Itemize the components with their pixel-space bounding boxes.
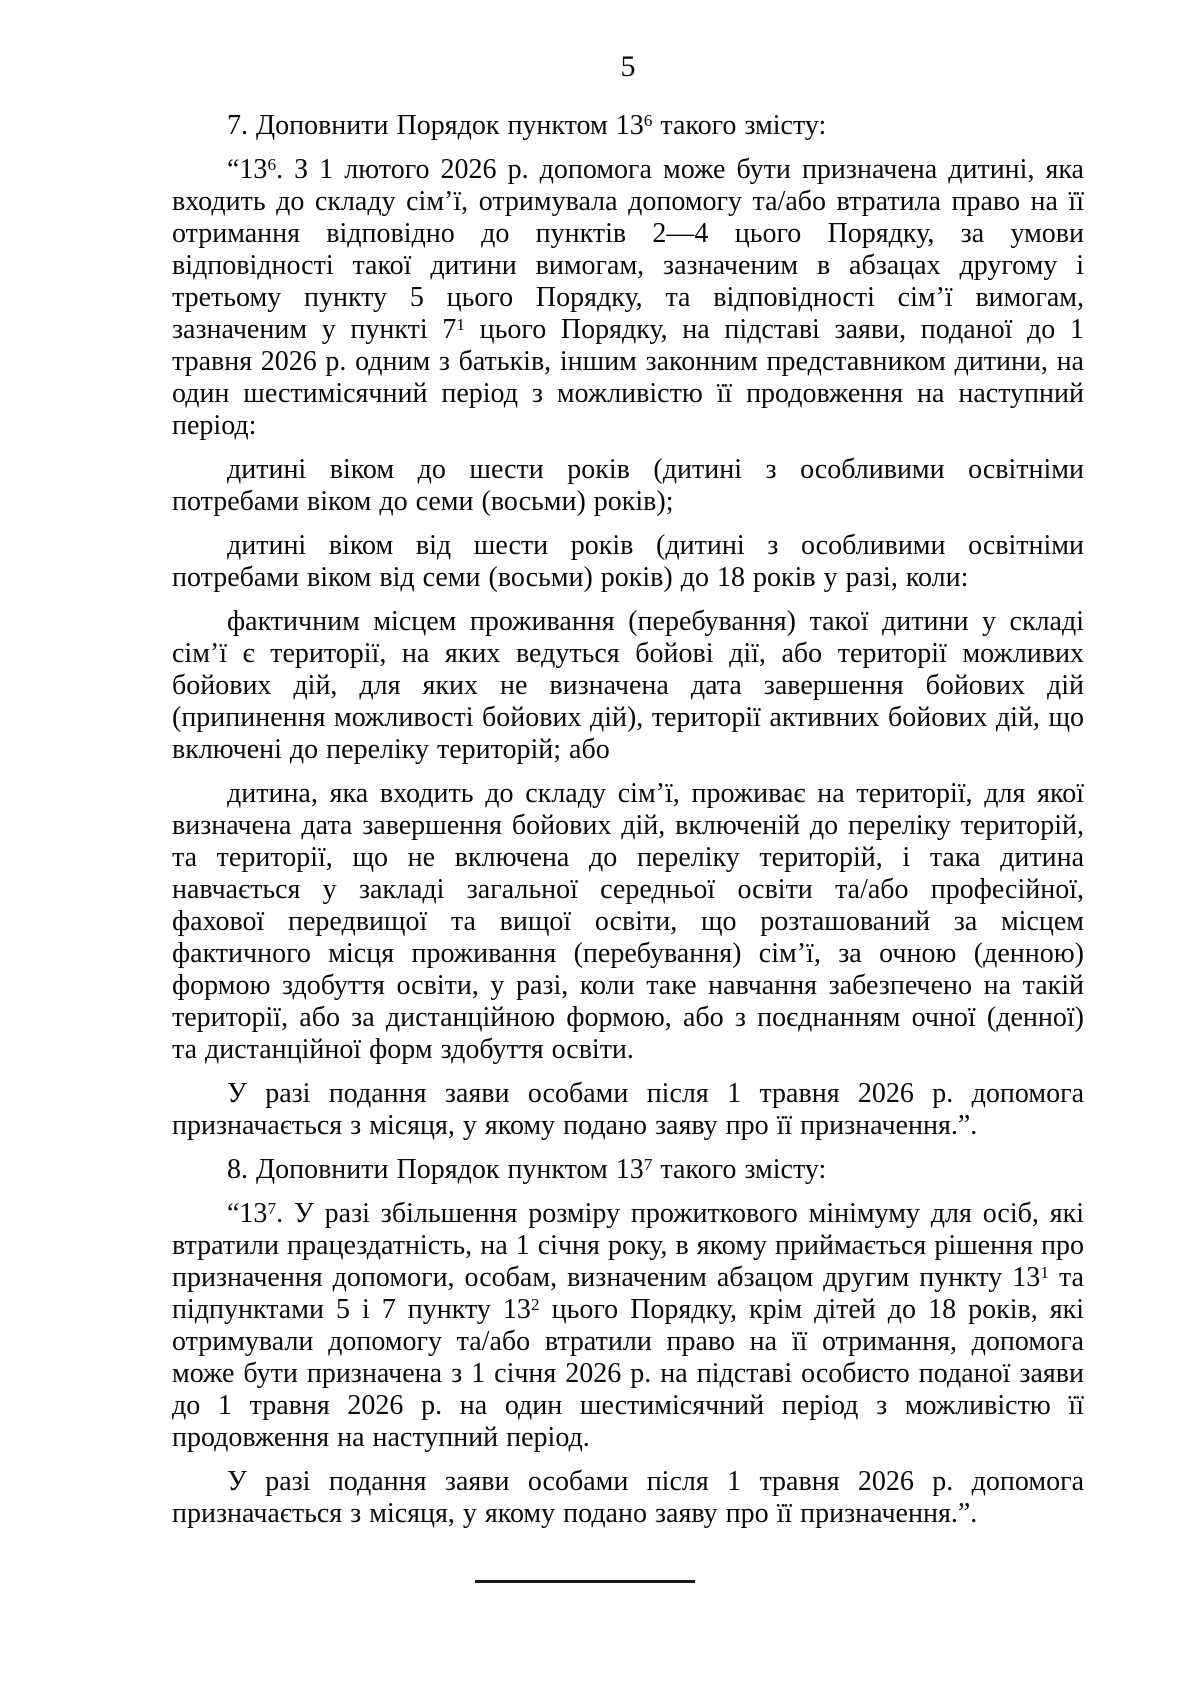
superscript-index: 1: [456, 315, 465, 334]
text-run: У разі подання заяви особами після 1 тра…: [172, 1466, 1084, 1529]
point-7-heading: 7. Доповнити Порядок пунктом 136 такого …: [172, 110, 1084, 142]
superscript-index: 6: [267, 155, 276, 174]
superscript-index: 2: [531, 1295, 540, 1314]
superscript-index: 7: [267, 1199, 276, 1218]
text-run: дитина, яка входить до складу сім’ї, про…: [172, 778, 1084, 1065]
text-run: фактичним місцем проживання (перебування…: [172, 606, 1084, 765]
text-run: такого змісту:: [652, 1154, 826, 1185]
document-body: 7. Доповнити Порядок пунктом 136 такого …: [172, 110, 1084, 1530]
point-13-6-intro: “136. З 1 лютого 2026 р. допомога може б…: [172, 154, 1084, 442]
text-run: такого змісту:: [652, 110, 826, 141]
text-run: дитині віком від шести років (дитині з о…: [172, 530, 1084, 593]
text-run: “13: [227, 154, 267, 185]
text-run: . У разі збільшення розміру прожиткового…: [172, 1198, 1084, 1293]
clause-child-under-six: дитині віком до шести років (дитині з ос…: [172, 454, 1084, 518]
text-run: У разі подання заяви особами після 1 тра…: [172, 1078, 1084, 1141]
clause-late-application-13-7: У разі подання заяви особами після 1 тра…: [172, 1466, 1084, 1530]
clause-late-application-13-6: У разі подання заяви особами після 1 тра…: [172, 1078, 1084, 1142]
clause-child-education: дитина, яка входить до складу сім’ї, про…: [172, 778, 1084, 1066]
clause-child-over-six: дитині віком від шести років (дитині з о…: [172, 530, 1084, 594]
text-run: “13: [227, 1198, 267, 1229]
section-separator-rule: [475, 1580, 695, 1583]
superscript-index: 1: [1040, 1263, 1049, 1282]
superscript-index: 7: [644, 1155, 653, 1174]
text-run: 7. Доповнити Порядок пунктом 13: [227, 110, 644, 141]
superscript-index: 6: [644, 111, 653, 130]
clause-territories: фактичним місцем проживання (перебування…: [172, 606, 1084, 766]
point-8-heading: 8. Доповнити Порядок пунктом 137 такого …: [172, 1154, 1084, 1186]
point-13-7-intro: “137. У разі збільшення розміру прожитко…: [172, 1198, 1084, 1454]
text-run: дитині віком до шести років (дитині з ос…: [172, 454, 1084, 517]
text-run: 8. Доповнити Порядок пунктом 13: [227, 1154, 644, 1185]
page-number: 5: [172, 50, 1084, 84]
document-page: 5 7. Доповнити Порядок пунктом 136 таког…: [0, 0, 1200, 1696]
